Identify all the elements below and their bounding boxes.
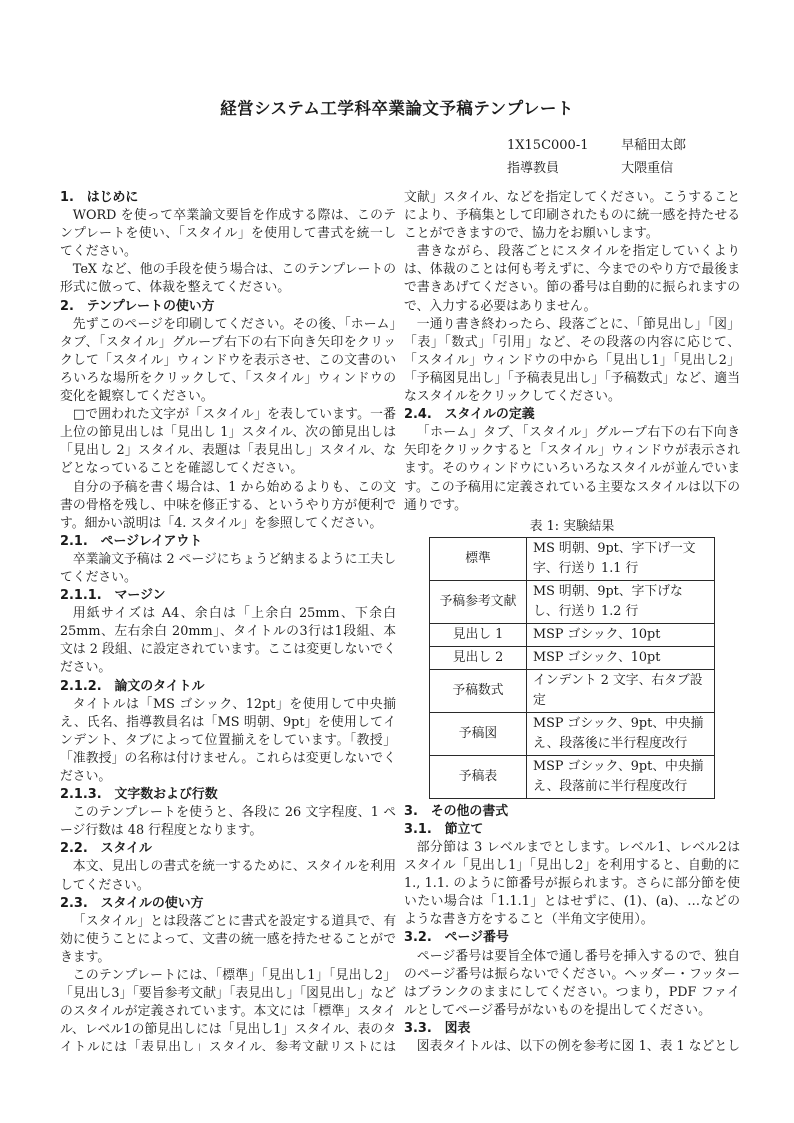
document-page: 経営システム工学科卒業論文予稿テンプレート 1X15C000-1 早稲田太郎 指… — [0, 0, 794, 1123]
table-cell-style: 予稿参考文献 — [430, 580, 527, 623]
student-name: 早稲田太郎 — [621, 134, 686, 157]
paragraph: ページ番号は要旨全体で通し番号を挿入するので、独自のページ番号は振らないでくださ… — [404, 948, 740, 1020]
table-row: 予稿表 MSP ゴシック、9pt、中央揃え、段落前に半行程度改行 — [430, 755, 715, 798]
author-row-student: 1X15C000-1 早稲田太郎 — [507, 134, 686, 157]
right-column: 文献」スタイル、などを指定してください。こうすることにより、予稿集として印刷され… — [404, 189, 740, 1051]
section-heading-3-2: 3.2. ページ番号 — [404, 929, 740, 947]
section-heading-2-1-2: 2.1.2. 論文のタイトル — [60, 678, 396, 696]
paragraph: 「ホーム」タブ、「スタイル」グループ右下の右下向き矢印をクリックすると「スタイル… — [404, 424, 740, 514]
paragraph: TeX など、他の手段を使う場合は、このテンプレートの形式に倣って、体裁を整えて… — [60, 261, 396, 297]
section-heading-3-1: 3.1. 節立て — [404, 821, 740, 839]
table-cell-style: 予稿数式 — [430, 669, 527, 712]
paragraph: 卒業論文予稿は 2 ページにちょうど納まるように工夫してください。 — [60, 551, 396, 587]
table-cell-style: 見出し 1 — [430, 623, 527, 646]
page-title: 経営システム工学科卒業論文予稿テンプレート — [0, 95, 794, 119]
table-caption: 表 1: 実験結果 — [404, 518, 740, 536]
section-heading-2-1-1: 2.1.1. マージン — [60, 587, 396, 605]
paragraph: タイトルは「MS ゴシック、12pt」を使用して中央揃え、氏名、指導教員名は「M… — [60, 696, 396, 786]
table-cell-style: 標準 — [430, 537, 527, 580]
paragraph: このテンプレートには、「標準」「見出し1」「見出し2」「見出し3」「要旨参考文献… — [60, 967, 396, 1051]
paragraph: 図表タイトルは、以下の例を参考に図 1、表 1 などとしてください。 — [404, 1038, 740, 1051]
table-cell-definition: MSP ゴシック、10pt — [527, 646, 715, 669]
paragraph: このテンプレートを使うと、各段に 26 文字程度、1 ページ行数は 48 行程度… — [60, 804, 396, 840]
section-heading-2: 2. テンプレートの使い方 — [60, 298, 396, 316]
table-cell-style: 予稿図 — [430, 712, 527, 755]
table-cell-style: 予稿表 — [430, 755, 527, 798]
table-cell-definition: MSP ゴシック、10pt — [527, 623, 715, 646]
section-heading-3-3: 3.3. 図表 — [404, 1020, 740, 1038]
table-cell-definition: MSP ゴシック、9pt、中央揃え、段落後に半行程度改行 — [527, 712, 715, 755]
student-id: 1X15C000-1 — [507, 134, 617, 157]
section-heading-2-2: 2.2. スタイル — [60, 840, 396, 858]
table-cell-definition: MS 明朝、9pt、字下げなし、行送り 1.2 行 — [527, 580, 715, 623]
paragraph: 先ずこのページを印刷してください。その後、「ホーム」タブ、「スタイル」グループ右… — [60, 316, 396, 406]
table-row: 見出し 1 MSP ゴシック、10pt — [430, 623, 715, 646]
table-cell-definition: インデント 2 文字、右タブ設定 — [527, 669, 715, 712]
author-block: 1X15C000-1 早稲田太郎 指導教員 大隈重信 — [507, 134, 686, 180]
paragraph: □で囲われた文字が「スタイル」を表しています。一番上位の節見出しは「見出し 1」… — [60, 406, 396, 478]
paragraph: 部分節は 3 レベルまでとします。レベル1、レベル2はスタイル「見出し1」「見出… — [404, 839, 740, 929]
table-row: 標準 MS 明朝、9pt、字下げ一文字、行送り 1.1 行 — [430, 537, 715, 580]
paragraph: 用紙サイズは A4、余白は「上余白 25mm、下余白 25mm、左右余白 20m… — [60, 605, 396, 677]
styles-table: 標準 MS 明朝、9pt、字下げ一文字、行送り 1.1 行 予稿参考文献 MS … — [429, 537, 715, 799]
author-row-advisor: 指導教員 大隈重信 — [507, 157, 686, 180]
paragraph-continuation: 文献」スタイル、などを指定してください。こうすることにより、予稿集として印刷され… — [404, 189, 740, 243]
paragraph: 書きながら、段落ごとにスタイルを指定していくよりは、体裁のことは何も考えずに、今… — [404, 243, 740, 315]
advisor-label: 指導教員 — [507, 157, 617, 180]
section-heading-2-3: 2.3. スタイルの使い方 — [60, 895, 396, 913]
advisor-name: 大隈重信 — [621, 157, 673, 180]
paragraph: 自分の予稿を書く場合は、1 から始めるよりも、この文書の骨格を残し、中味を修正す… — [60, 479, 396, 533]
section-heading-2-4: 2.4. スタイルの定義 — [404, 406, 740, 424]
table-row: 見出し 2 MSP ゴシック、10pt — [430, 646, 715, 669]
table-row: 予稿参考文献 MS 明朝、9pt、字下げなし、行送り 1.2 行 — [430, 580, 715, 623]
paragraph: 一通り書き終わったら、段落ごとに、「節見出し」「図」「表」「数式」「引用」など、… — [404, 316, 740, 406]
section-heading-2-1: 2.1. ページレイアウト — [60, 533, 396, 551]
table-cell-style: 見出し 2 — [430, 646, 527, 669]
paragraph: WORD を使って卒業論文要旨を作成する際は、このテンプレートを使い、「スタイル… — [60, 207, 396, 261]
section-heading-2-1-3: 2.1.3. 文字数および行数 — [60, 786, 396, 804]
table-row: 予稿数式 インデント 2 文字、右タブ設定 — [430, 669, 715, 712]
table-row: 予稿図 MSP ゴシック、9pt、中央揃え、段落後に半行程度改行 — [430, 712, 715, 755]
table-cell-definition: MSP ゴシック、9pt、中央揃え、段落前に半行程度改行 — [527, 755, 715, 798]
paragraph: 「スタイル」とは段落ごとに書式を設定する道具で、有効に使うことによって、文書の統… — [60, 913, 396, 967]
left-column: 1. はじめに WORD を使って卒業論文要旨を作成する際は、このテンプレートを… — [60, 189, 396, 1051]
section-heading-3: 3. その他の書式 — [404, 803, 740, 821]
section-heading-1: 1. はじめに — [60, 189, 396, 207]
table-cell-definition: MS 明朝、9pt、字下げ一文字、行送り 1.1 行 — [527, 537, 715, 580]
paragraph: 本文、見出しの書式を統一するために、スタイルを利用してください。 — [60, 858, 396, 894]
